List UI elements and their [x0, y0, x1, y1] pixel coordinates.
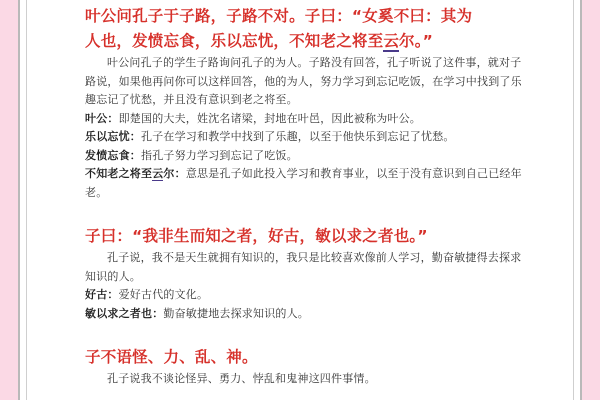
section-heading: 子曰：“我非生而知之者，好古，敏以求之者也。” [85, 224, 525, 249]
section-paragraph: 孔子说我不谈论怪异、勇力、悖乱和鬼神这四件事情。 [85, 370, 525, 389]
note-term: 乐以忘忧： [85, 130, 141, 143]
note-text: 爱好古代的文化。 [119, 288, 209, 301]
note-text: 即楚国的大夫，姓沈名诸梁，封地在叶邑，因此被称为叶公。 [119, 112, 421, 125]
note-text: 指孔子努力学习到忘记了吃饭。 [141, 149, 298, 162]
document-content: 叶公问孔子于子路，子路不对。子曰：“女奚不曰：其为 人也，发愤忘食，乐以忘忧，不… [85, 4, 525, 389]
right-border-inner [573, 0, 574, 400]
right-border-outer [580, 0, 582, 400]
spacer [85, 202, 525, 224]
section-heading: 子不语怪、力、乱、神。 [85, 345, 525, 370]
section-wo-fei-sheng: 子曰：“我非生而知之者，好古，敏以求之者也。” 孔子说，我不是天生就拥有知识的，… [85, 224, 525, 323]
note-item: 好古：爱好古代的文化。 [85, 286, 525, 305]
note-term: 发愤忘食： [85, 149, 141, 162]
left-border-outer [18, 0, 20, 400]
note-term: 不知老之将至云尔： [85, 167, 186, 181]
note-item: 发愤忘食：指孔子努力学习到忘记了吃饭。 [85, 147, 525, 166]
section-heading: 叶公问孔子于子路，子路不对。子曰：“女奚不曰：其为 人也，发愤忘食，乐以忘忧，不… [85, 4, 525, 54]
note-term: 敏以求之者也： [85, 307, 163, 320]
section-paragraph: 孔子说，我不是天生就拥有知识的，我只是比较喜欢像前人学习，勤奋敏捷得去探求知识的… [85, 249, 525, 286]
note-text: 勤奋敏捷地去探求知识的人。 [163, 307, 309, 320]
note-item: 乐以忘忧：孔子在学习和教学中找到了乐趣，以至于他快乐到忘记了忧愁。 [85, 128, 525, 147]
note-term: 好古： [85, 288, 119, 301]
note-text: 孔子在学习和教学中找到了乐趣，以至于他快乐到忘记了忧愁。 [141, 130, 455, 143]
note-item: 不知老之将至云尔：意思是孔子如此投入学习和教育事业，以至于没有意识到自己已经年老… [85, 165, 525, 202]
section-bu-yu: 子不语怪、力、乱、神。 孔子说我不谈论怪异、勇力、悖乱和鬼神这四件事情。 [85, 345, 525, 389]
note-item: 敏以求之者也：勤奋敏捷地去探求知识的人。 [85, 305, 525, 324]
underlined-link-word[interactable]: 云 [383, 32, 399, 52]
note-item: 叶公：即楚国的大夫，姓沈名诸梁，封地在叶邑，因此被称为叶公。 [85, 110, 525, 129]
underlined-link-word[interactable]: 云 [152, 167, 163, 181]
section-ye-gong: 叶公问孔子于子路，子路不对。子曰：“女奚不曰：其为 人也，发愤忘食，乐以忘忧，不… [85, 4, 525, 202]
left-border-inner [26, 0, 27, 400]
section-paragraph: 叶公问孔子的学生子路询问孔子的为人。子路没有回答，孔子听说了这件事，就对子路说，… [85, 54, 525, 110]
note-term: 叶公： [85, 112, 119, 125]
spacer [85, 323, 525, 345]
